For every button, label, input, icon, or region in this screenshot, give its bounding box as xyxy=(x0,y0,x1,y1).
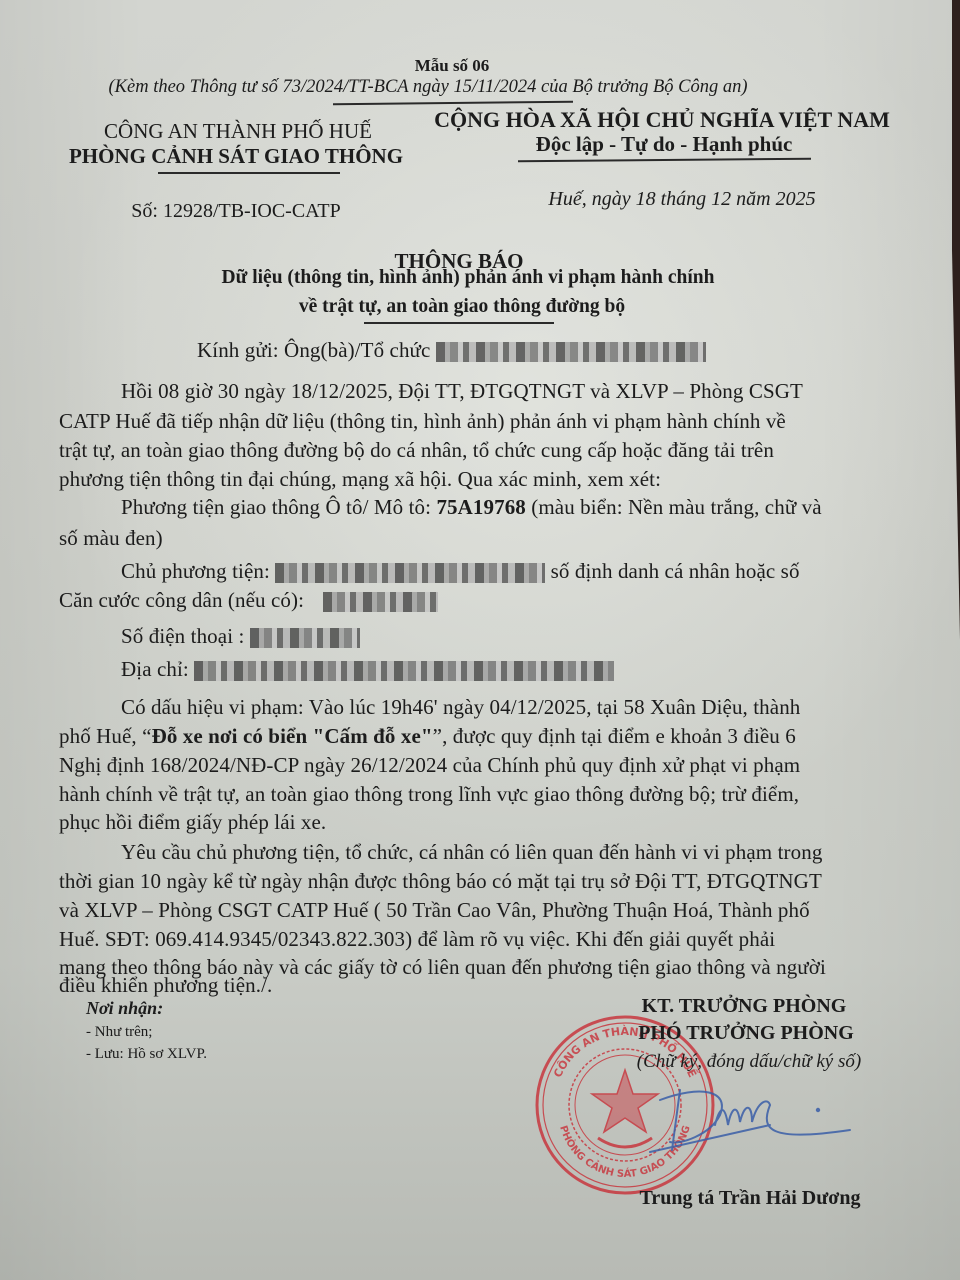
intro-line-1: Hồi 08 giờ 30 ngày 18/12/2025, Đội TT, Đ… xyxy=(121,381,803,402)
recipient-name-redacted xyxy=(436,342,706,362)
agency-department: PHÒNG CẢNH SÁT GIAO THÔNG xyxy=(69,146,403,167)
request-line-2: thời gian 10 ngày kể từ ngày nhận được t… xyxy=(59,871,822,892)
violation-name: Đỗ xe nơi có biển "Cấm đỗ xe" xyxy=(152,724,433,748)
signature-title-1: KT. TRƯỞNG PHÒNG xyxy=(642,996,847,1016)
form-number: Mẫu số 06 xyxy=(415,57,490,74)
violation-line-4: hành chính về trật tự, an toàn giao thôn… xyxy=(59,784,799,805)
license-plate: 75A19768 xyxy=(436,495,525,519)
owner-name-redacted xyxy=(275,563,545,583)
violation-reference: ”, được quy định tại điểm e khoản 3 điều… xyxy=(433,724,796,748)
signature-title-2: PHÓ TRƯỞNG PHÒNG xyxy=(638,1023,854,1043)
document-number: Số: 12928/TB-IOC-CATP xyxy=(131,201,340,221)
violation-line-1: Có dấu hiệu vi phạm: Vào lúc 19h46' ngày… xyxy=(121,697,800,718)
owner-id-label: số định danh cá nhân hoặc số xyxy=(551,559,800,583)
nation-motto: Độc lập - Tự do - Hạnh phúc xyxy=(536,134,793,155)
recipients-item-2: - Lưu: Hồ sơ XLVP. xyxy=(86,1047,207,1062)
violation-quote-open: phố Huế, “ xyxy=(59,724,152,748)
signature-note: (Chữ ký, đóng dấu/chữ ký số) xyxy=(637,1052,861,1071)
vehicle-label: Phương tiện giao thông Ô tô/ Mô tô: xyxy=(121,495,431,519)
address-redacted xyxy=(194,661,614,681)
request-line-1: Yêu cầu chủ phương tiện, tổ chức, cá nhâ… xyxy=(121,842,822,863)
address-label: Địa chỉ: xyxy=(121,657,189,681)
phone-redacted xyxy=(250,628,360,648)
intro-line-3: trật tự, an toàn giao thông đường bộ do … xyxy=(59,440,774,461)
recipient-label: Kính gửi: Ông(bà)/Tổ chức xyxy=(197,338,430,362)
phone-label: Số điện thoại : xyxy=(121,624,244,648)
signer-name: Trung tá Trần Hải Dương xyxy=(640,1188,861,1208)
violation-line-2: phố Huế, “Đỗ xe nơi có biển "Cấm đỗ xe"”… xyxy=(59,726,796,747)
intro-line-4: phương tiện thông tin đại chúng, mạng xã… xyxy=(59,469,661,490)
header-divider xyxy=(333,101,573,105)
plate-note: (màu biển: Nền màu trắng, chữ và xyxy=(531,495,821,519)
violation-line-5: phục hồi điểm giấy phép lái xe. xyxy=(59,812,326,833)
request-line-3: và XLVP – Phòng CSGT CATP Huế ( 50 Trần … xyxy=(59,900,810,921)
recipient-line: Kính gửi: Ông(bà)/Tổ chức xyxy=(197,340,706,362)
vehicle-line: Phương tiện giao thông Ô tô/ Mô tô: 75A1… xyxy=(121,497,822,518)
form-reference: (Kèm theo Thông tư số 73/2024/TT-BCA ngà… xyxy=(109,78,748,97)
citizen-id-redacted xyxy=(323,592,438,612)
intro-line-2: CATP Huế đã tiếp nhận dữ liệu (thông tin… xyxy=(59,411,786,432)
violation-line-3: Nghị định 168/2024/NĐ-CP ngày 26/12/2024… xyxy=(59,755,800,776)
recipients-item-1: - Như trên; xyxy=(86,1025,152,1040)
document-subtitle-line2: về trật tự, an toàn giao thông đường bộ xyxy=(299,297,625,317)
document-subtitle-line1: Dữ liệu (thông tin, hình ảnh) phản ánh v… xyxy=(222,268,715,288)
citizen-id-line: Căn cước công dân (nếu có): xyxy=(59,590,438,612)
agency-underline xyxy=(158,172,340,174)
place-date: Huế, ngày 18 tháng 12 năm 2025 xyxy=(548,189,815,209)
request-line-6: điều khiển phương tiện./. xyxy=(59,975,272,996)
background-table-edge xyxy=(930,0,960,640)
owner-label: Chủ phương tiện: xyxy=(121,559,270,583)
citizen-id-label: Căn cước công dân (nếu có): xyxy=(59,588,304,612)
phone-line: Số điện thoại : xyxy=(121,626,360,648)
recipients-heading: Nơi nhận: xyxy=(86,999,163,1017)
handwritten-signature-icon xyxy=(620,1080,860,1160)
plate-note-cont: số màu đen) xyxy=(59,528,163,549)
agency-name: CÔNG AN THÀNH PHỐ HUẾ xyxy=(104,121,372,142)
motto-underline xyxy=(518,158,811,162)
nation-title: CỘNG HÒA XÃ HỘI CHỦ NGHĨA VIỆT NAM xyxy=(434,109,890,131)
address-line: Địa chỉ: xyxy=(121,659,614,681)
title-underline xyxy=(364,322,554,324)
request-line-4: Huế. SĐT: 069.414.9345/02343.822.303) để… xyxy=(59,929,775,950)
owner-line: Chủ phương tiện: số định danh cá nhân ho… xyxy=(121,561,800,583)
